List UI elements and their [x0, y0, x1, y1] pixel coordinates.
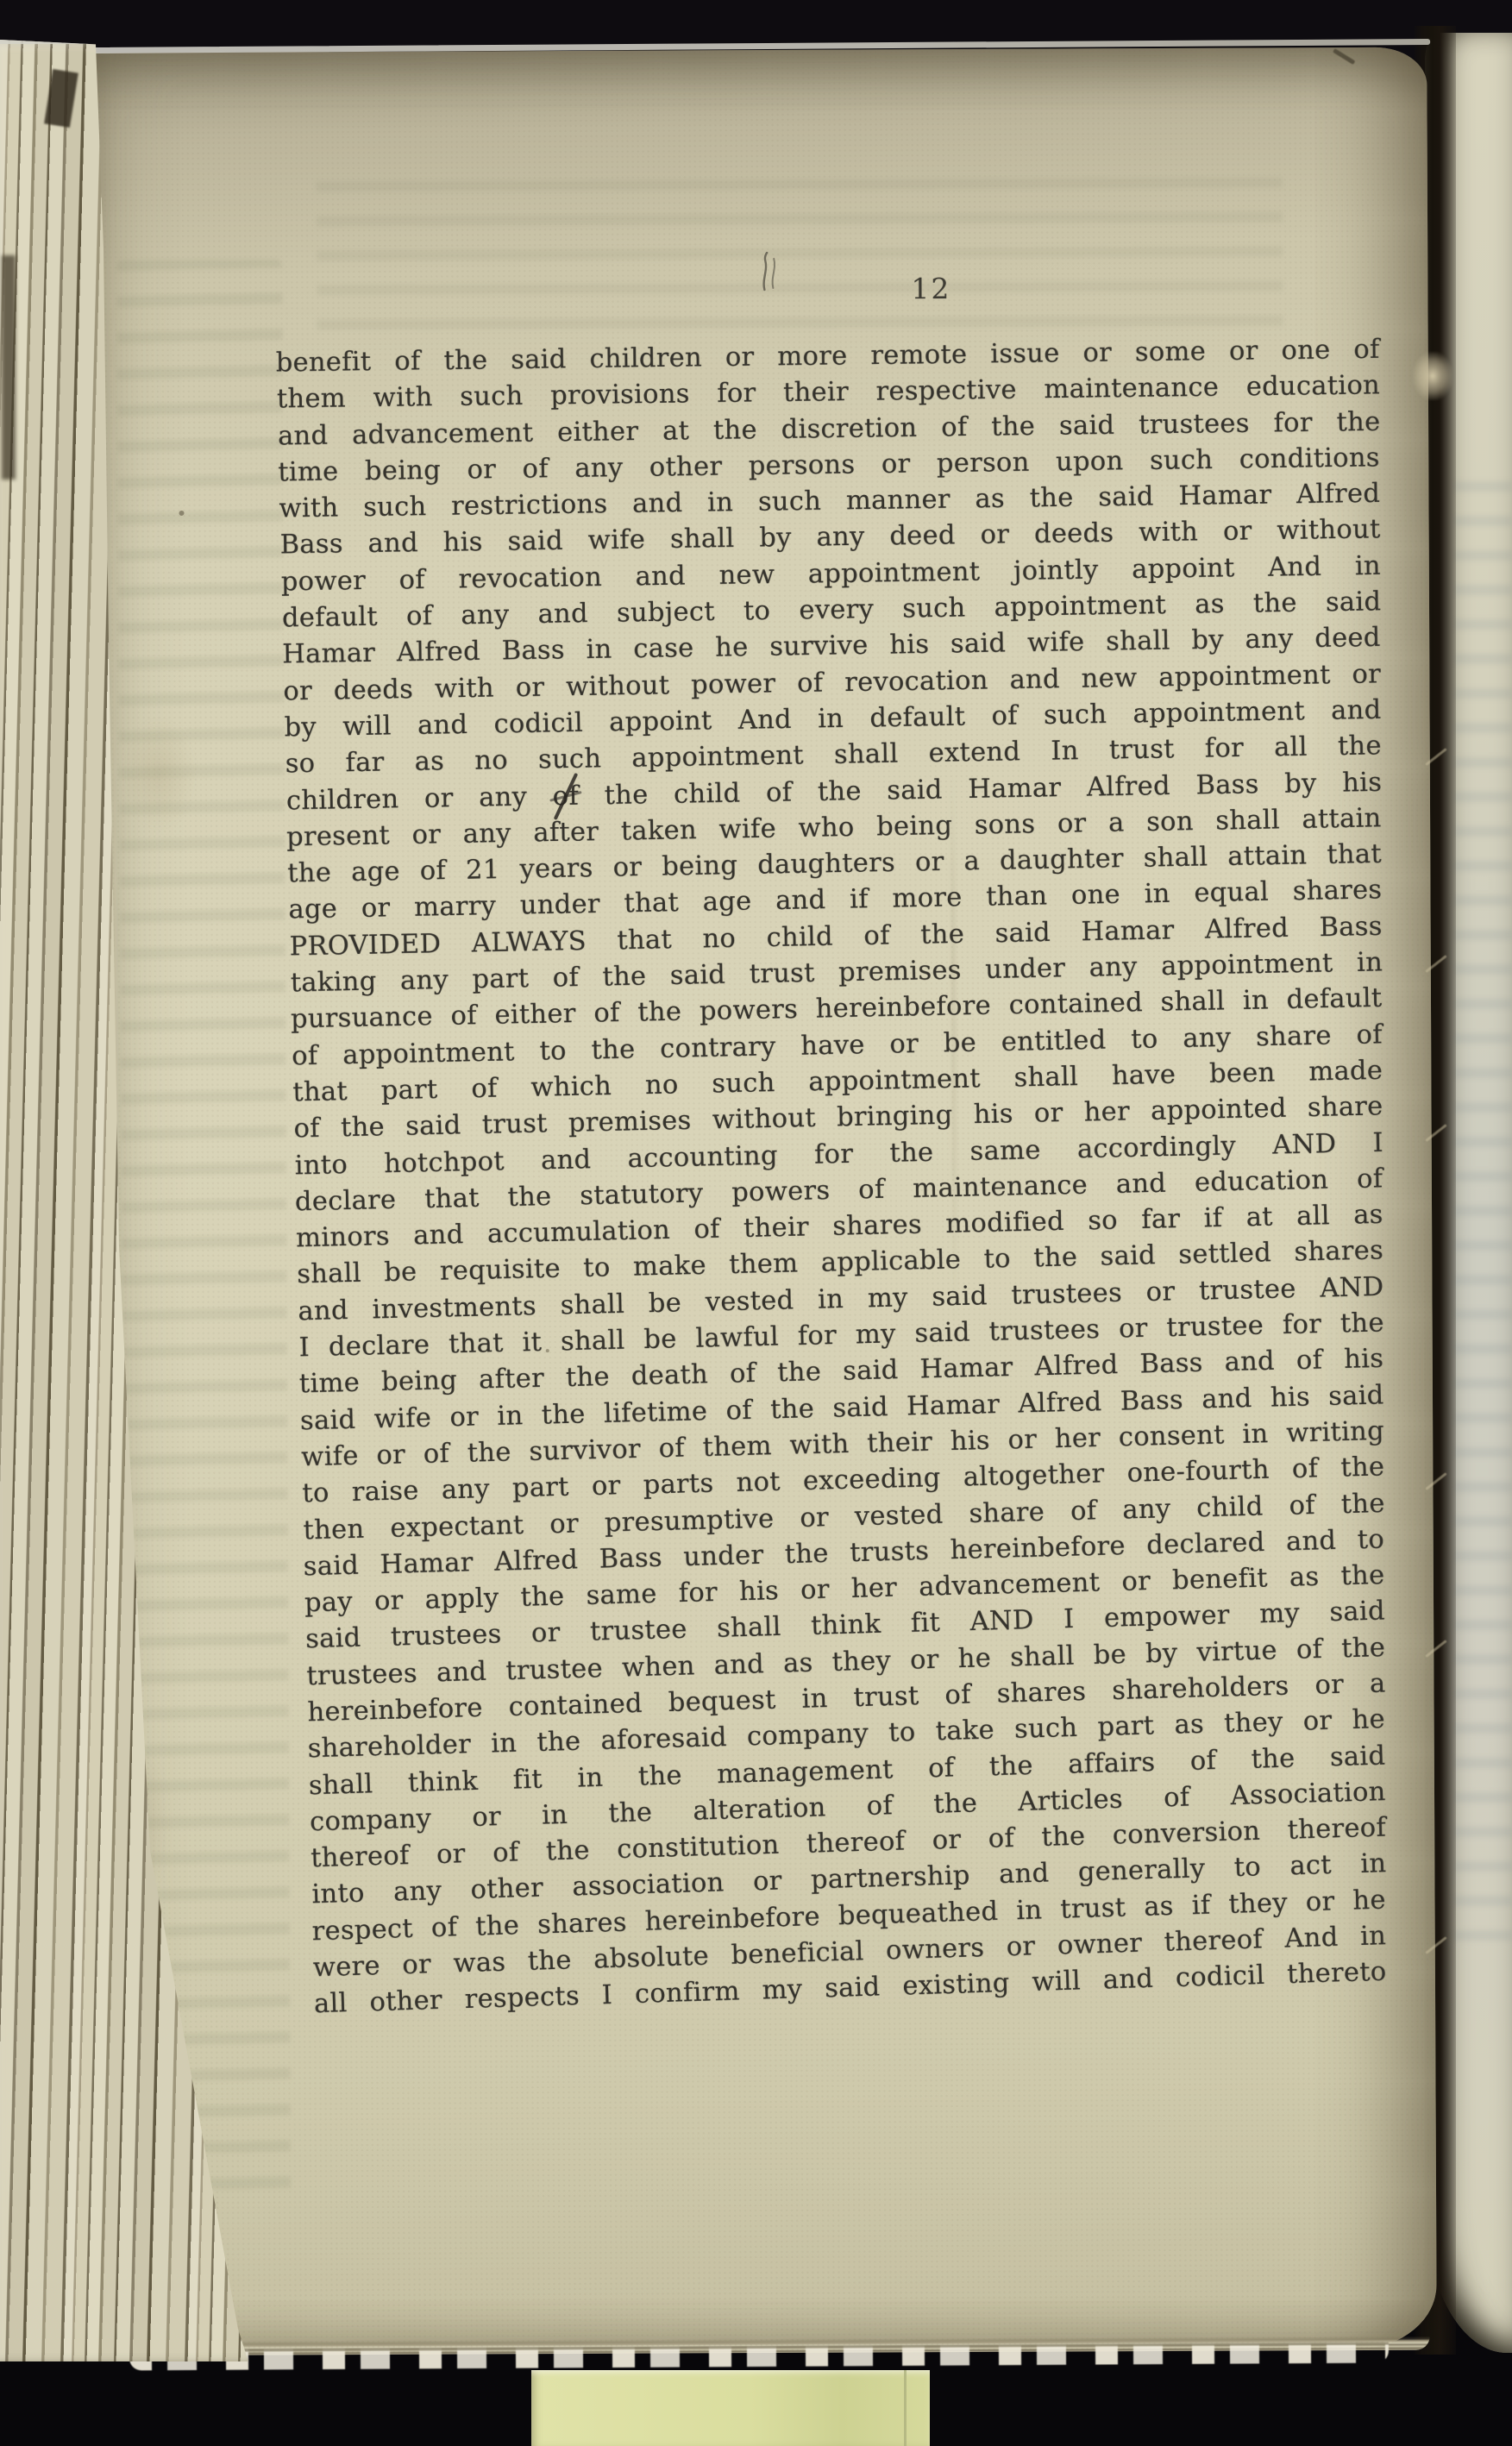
stitch-mark: [1425, 955, 1446, 973]
bleedthrough-text-top: [317, 177, 1283, 329]
text-segment: children or any: [285, 781, 552, 816]
binding-stitches: [1416, 0, 1468, 2446]
ink-squiggle-mark: [758, 252, 779, 292]
stitch-mark: [1425, 1640, 1446, 1658]
page-number: 12: [911, 272, 950, 305]
paper-stain: [119, 717, 199, 831]
page-edge-dark-mark: [2, 255, 16, 480]
binding-thread-knot: [1413, 352, 1452, 400]
struck-word: of: [552, 778, 579, 815]
ink-speck: [179, 511, 185, 516]
page-top-edge: [90, 39, 1430, 53]
book-page: 12 benefit of the said children or more …: [91, 47, 1437, 2355]
stitch-mark: [1425, 1124, 1446, 1142]
stitch-mark: [1425, 1472, 1446, 1490]
page-text: benefit of the said children or more rem…: [276, 341, 1387, 2023]
page-corner-mark: [1333, 48, 1355, 65]
page-edge-dark-mark: [44, 69, 78, 128]
book-photo: 12 benefit of the said children or more …: [0, 0, 1512, 2446]
paper-slip-bottom: [531, 2370, 930, 2446]
stitch-mark: [1425, 1936, 1446, 1954]
stitch-mark: [1425, 748, 1446, 766]
